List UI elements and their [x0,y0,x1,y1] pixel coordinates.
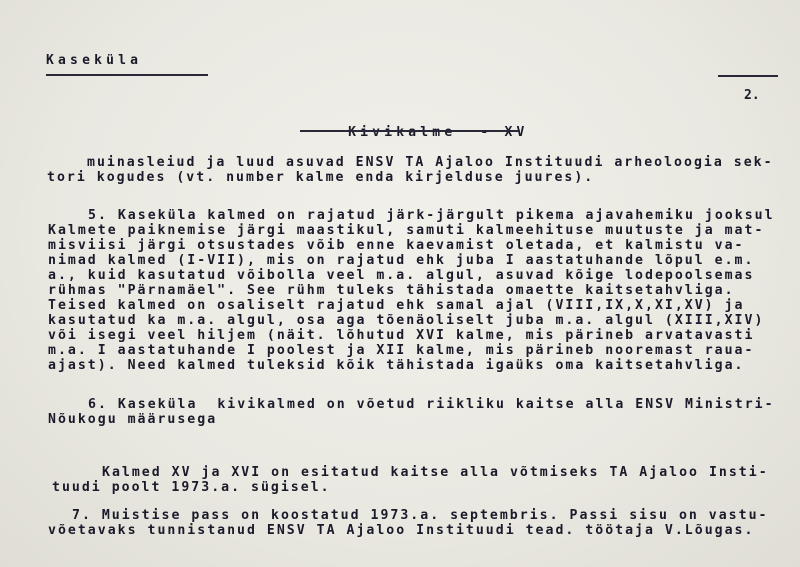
text-line: rühmas "Pärnamäel". See rühm tuleks tähi… [48,283,735,298]
text-line: või isegi veel hiljem (näit. lõhutud XVI… [48,328,754,343]
text-line: m.a. I aastatuhande I poolest ja XII kal… [48,343,754,358]
text-line: Nõukogu määrusega [48,412,217,427]
text-line: Kalmete paiknemise järgi maastikul, samu… [48,223,764,238]
header-underline [46,74,208,76]
header-place-text: Kaseküla [46,53,142,68]
text-line: tori kogudes (vt. number kalme enda kirj… [47,170,594,185]
text-line: nimad kalmed (I-VII), mis on rajatud ehk… [48,253,754,268]
text-line: a., kuid kasutatud võibolla veel m.a. al… [48,268,754,283]
document-title-text: Kivikalme - XV [348,125,528,140]
text-line: kasutatud ka m.a. algul, osa aga tõenäol… [48,313,764,328]
text-line: 5. Kaseküla kalmed on rajatud järk-järgu… [88,208,775,223]
text-line: Kalmed XV ja XVI on esitatud kaitse alla… [102,465,769,480]
page-number: 2. [744,88,760,103]
page-number-rule [718,75,778,77]
text-line: võetavaks tunnistanud ENSV TA Ajaloo Ins… [48,523,754,538]
text-line: 7. Muistise pass on koostatud 1973.a. se… [72,508,769,523]
text-line: misviisi järgi otsustades võib enne kaev… [48,238,745,253]
title-underline [300,130,520,132]
header-place: Kaseküla [46,53,142,68]
text-line: ajast). Need kalmed tuleksid kõik tähist… [48,358,745,373]
text-line: 6. Kaseküla kivikalmed on võetud riiklik… [88,397,775,412]
text-line: Teised kalmed on osaliselt rajatud ehk s… [48,298,745,313]
typewritten-page: Kaseküla 2. Kivikalme - XV muinasleiud j… [0,0,800,567]
text-line: tuudi poolt 1973.a. sügisel. [52,480,331,495]
text-line: muinasleiud ja luud asuvad ENSV TA Ajalo… [87,155,774,170]
